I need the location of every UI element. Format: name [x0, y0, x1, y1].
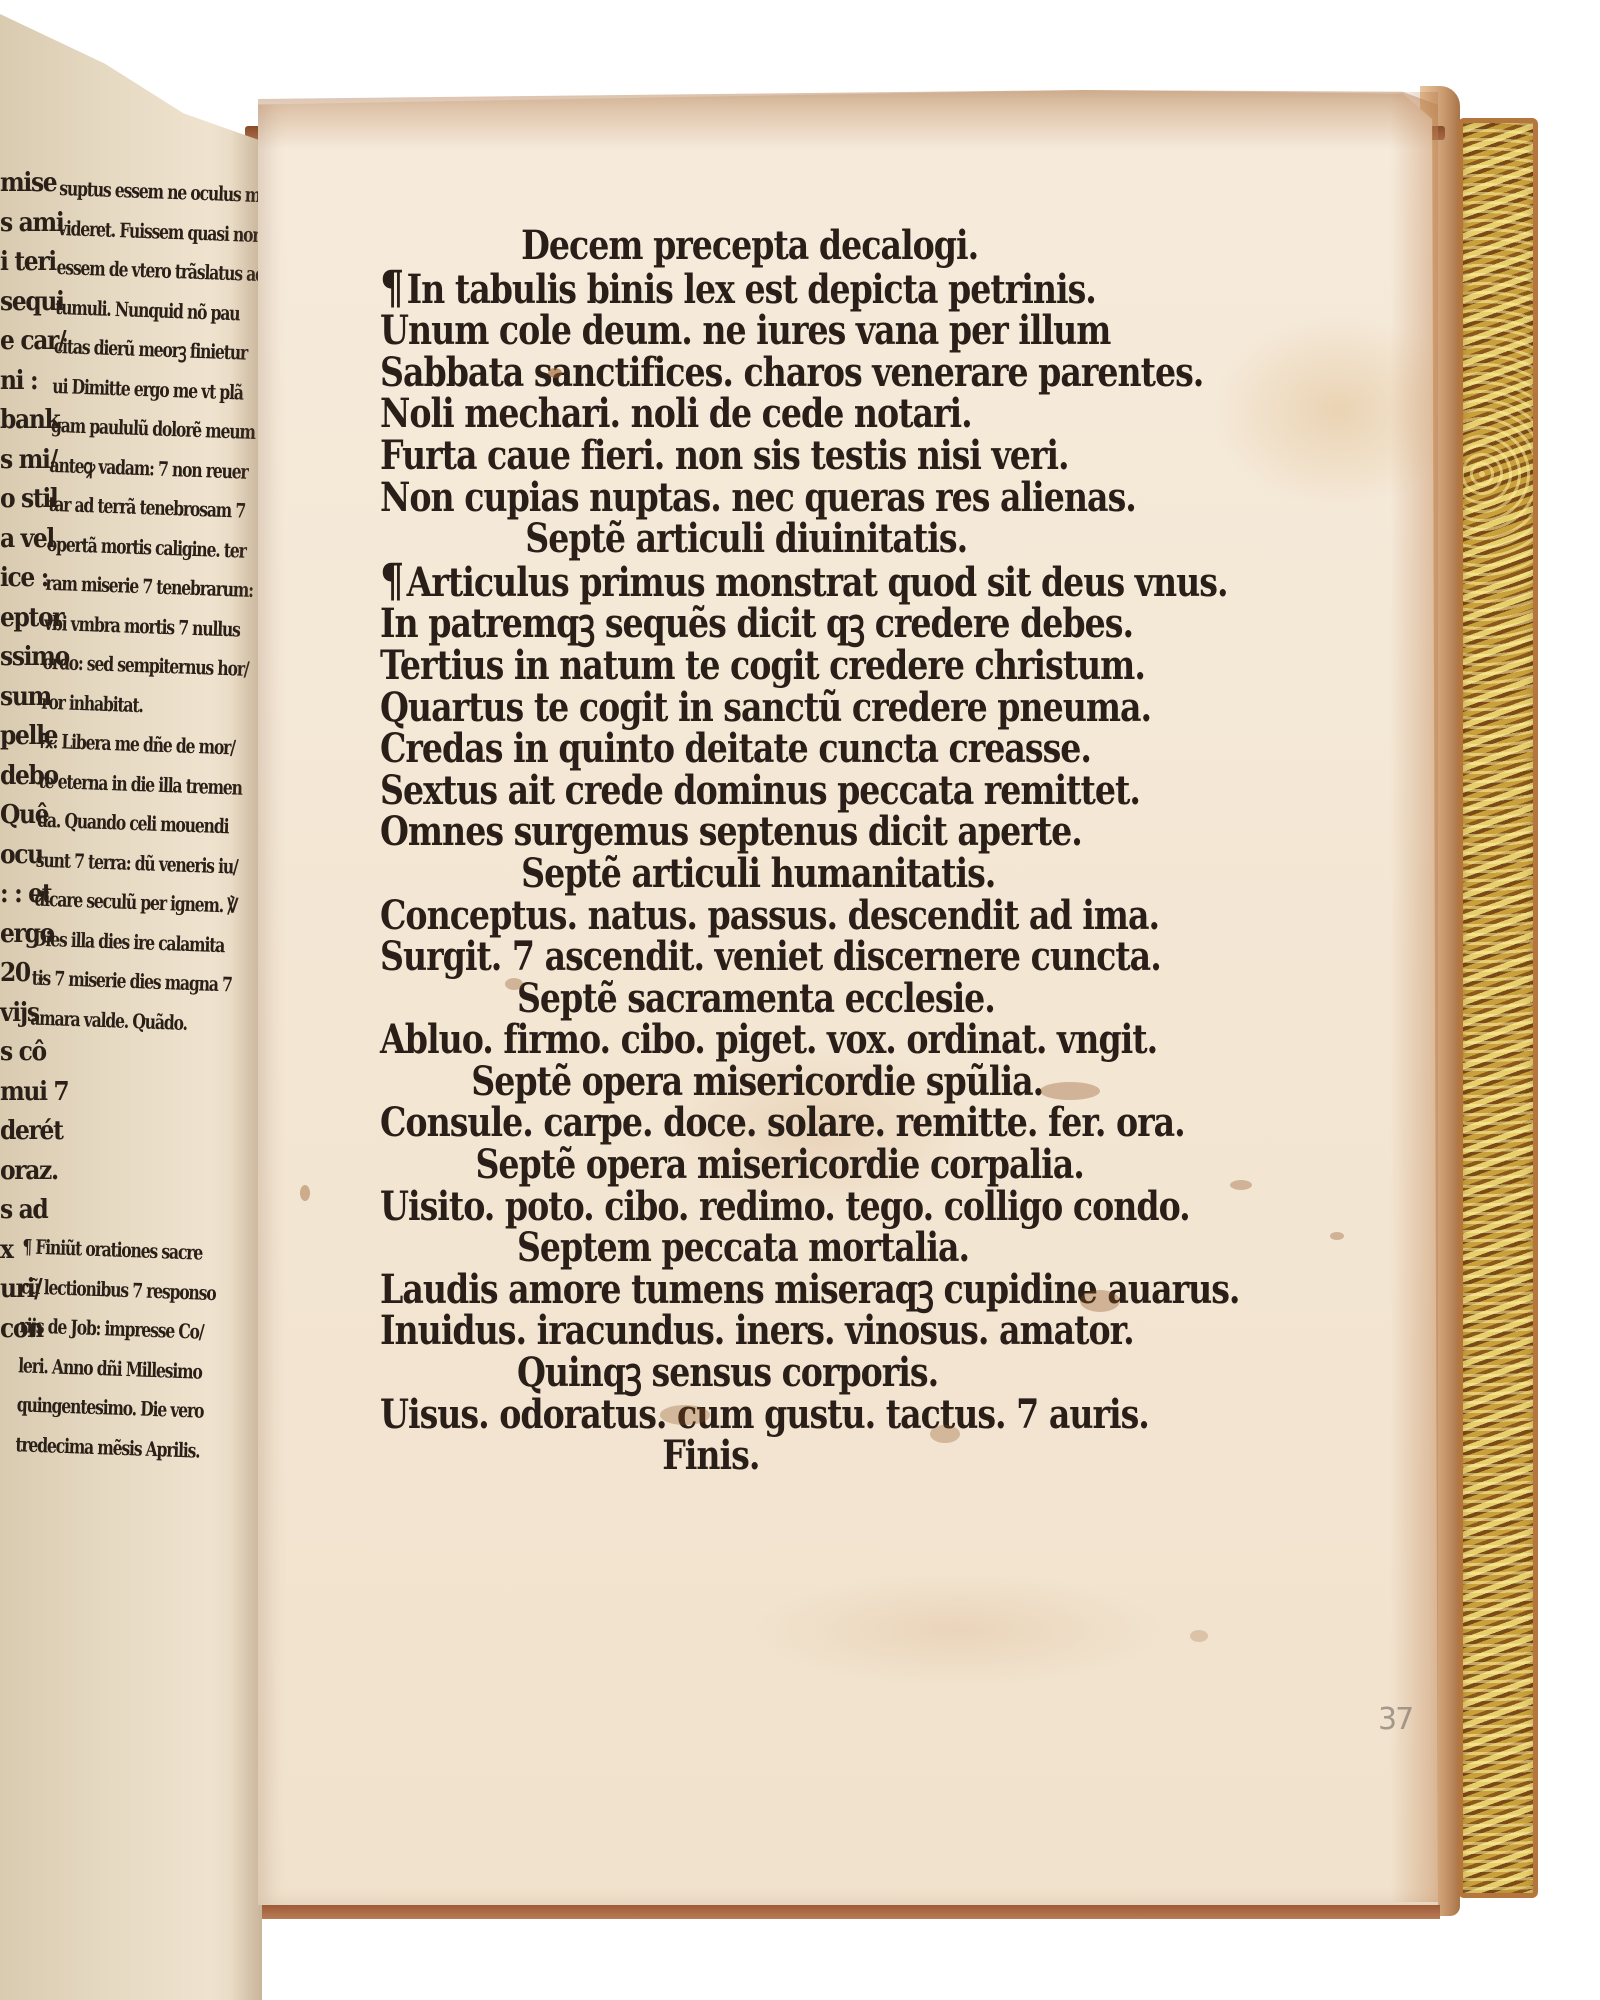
line-text: In patremqꝫ sequẽs dicit qꝫ credere debe…: [380, 600, 1133, 647]
binding-bottom-edge: [240, 1905, 1440, 1919]
text-line: ordo: sed sempiternus hor/: [42, 643, 188, 688]
prayer-text: suptus essem ne oculus mevideret. Fuisse…: [30, 169, 245, 1044]
line-text: Consule. carpe. doce. solare. remitte. f…: [380, 1099, 1185, 1146]
text-line: eptor: [0, 599, 49, 639]
text-line: suptus essem ne oculus me: [59, 169, 205, 214]
line-text: Noli mechari. noli de cede notari.: [380, 390, 972, 437]
section-heading: Septẽ opera misericordie spũlia.: [380, 1061, 1110, 1103]
text-line: tis 7 miserie dies magna 7: [31, 959, 177, 1004]
text-line: essem de vtero trãslatus ad: [56, 248, 202, 293]
text-line: ni :: [0, 362, 49, 402]
foxing-spot: [1040, 1082, 1100, 1100]
text-line: cũ lectionibus 7 responso: [20, 1267, 166, 1312]
text-line: gam paululũ dolorẽ meum: [50, 406, 196, 451]
line-text: Septẽ opera misericordie corpalia.: [475, 1141, 1083, 1188]
verse-line: Furta caue fieri. non sis testis nisi ve…: [380, 435, 1110, 477]
section-heading: Decem precepta decalogi.: [380, 225, 1110, 267]
line-text: Conceptus. natus. passus. descendit ad i…: [380, 892, 1159, 939]
text-line: o stil: [0, 480, 49, 520]
foxing-spot: [300, 1185, 310, 1201]
decalogue-text-block: Decem precepta decalogi.¶In tabulis bini…: [380, 225, 1260, 1477]
text-line: ror inhabitat.: [41, 682, 187, 727]
text-line: ice :: [0, 559, 49, 599]
text-line: tumuli. Nunquid nõ pau: [54, 287, 200, 332]
line-text: Septẽ articuli humanitatis.: [521, 850, 995, 897]
section-heading: Finis.: [380, 1435, 1110, 1477]
text-line: anteꝙ vadam: 7 non reuer: [49, 445, 195, 490]
verse-line: Laudis amore tumens miseraqꝫ cupidine au…: [380, 1269, 1110, 1311]
verse-line: Tertius in natum te cogit credere christ…: [380, 645, 1110, 687]
open-book-photo: mises amii terisequie car/ni :banks mi/o…: [0, 0, 1600, 2000]
section-heading: Septẽ sacramenta ecclesie.: [380, 978, 1110, 1020]
gutter-shadow: [230, 14, 262, 2000]
text-line: ¶ Finiũt orationes sacre: [22, 1227, 168, 1272]
verse-line: Inuidus. iracundus. iners. vinosus. amat…: [380, 1310, 1110, 1352]
verse-line: ¶Articulus primus monstrat quod sit deus…: [380, 560, 1110, 604]
verse-line: Surgit. 7 ascendit. veniet discernere cu…: [380, 936, 1110, 978]
line-text: Septẽ articuli diuinitatis.: [525, 515, 967, 562]
line-text: Quinqꝫ sensus corporis.: [517, 1349, 938, 1396]
text-line: ssimo: [0, 638, 49, 678]
text-line: opertã mortis caligine. ter: [46, 524, 192, 569]
text-line: a vel: [0, 520, 49, 560]
top-margin-toning: [258, 90, 1438, 150]
verse-line: Noli mechari. noli de cede notari.: [380, 393, 1110, 435]
foxing-spot: [1230, 1180, 1252, 1190]
text-line: mise: [0, 164, 49, 204]
line-text: Abluo. firmo. cibo. piget. vox. ordinat.…: [380, 1016, 1157, 1063]
text-line: videret. Fuissem quasi non: [57, 208, 203, 253]
line-text: Furta caue fieri. non sis testis nisi ve…: [380, 432, 1069, 479]
foxing-spot: [1330, 1232, 1344, 1240]
left-page-verso: mises amii terisequie car/ni :banks mi/o…: [0, 14, 262, 2000]
verse-line: ¶In tabulis binis lex est depicta petrin…: [380, 267, 1110, 311]
line-text: Credas in quinto deitate cuncta creasse.: [380, 725, 1091, 772]
verse-line: Quartus te cogit in sanctũ credere pneum…: [380, 687, 1110, 729]
text-line: s ami: [0, 204, 49, 244]
line-text: In tabulis binis lex est depicta petrini…: [407, 266, 1096, 313]
verse-line: Abluo. firmo. cibo. piget. vox. ordinat.…: [380, 1019, 1110, 1061]
line-text: Surgit. 7 ascendit. veniet discernere cu…: [380, 933, 1161, 980]
verse-line: Non cupias nuptas. nec queras res aliena…: [380, 477, 1110, 519]
text-line: Dies illa dies ire calamita: [32, 919, 178, 964]
section-heading: Septẽ articuli humanitatis.: [380, 853, 1110, 895]
line-text: Quartus te cogit in sanctũ credere pneum…: [380, 684, 1151, 731]
text-line: leri. Anno dñi Millesimo: [18, 1346, 164, 1391]
pencil-foliation-number: 37: [1378, 1702, 1412, 1737]
verse-line: Sabbata sanctifices. charos venerare par…: [380, 352, 1110, 394]
gilt-tooled-board-edge: [1458, 118, 1538, 1898]
line-text: Articulus primus monstrat quod sit deus …: [407, 559, 1228, 606]
line-text: Septẽ sacramenta ecclesie.: [517, 975, 995, 1022]
text-line: sunt 7 terra: dũ veneris iu/: [35, 840, 181, 885]
verse-line: Omnes surgemus septenus dicit aperte.: [380, 811, 1110, 853]
text-line: amara valde. Quãdo.: [30, 998, 176, 1043]
text-line: bank: [0, 401, 49, 441]
text-line: te eterna in die illa tremen: [38, 761, 184, 806]
line-text: Uisus. odoratus. cum gustu. tactus. 7 au…: [380, 1391, 1149, 1438]
text-line: ℞. Libera me dñe de mor/: [39, 722, 185, 767]
verse-line: Sextus ait crede dominus peccata remitte…: [380, 770, 1110, 812]
pilcrow-mark-icon: ¶: [380, 260, 403, 314]
text-line: tredecima mẽsis Aprilis.: [15, 1425, 161, 1470]
line-text: Unum cole deum. ne iures vana per illum: [380, 307, 1110, 354]
line-text: Sabbata sanctifices. charos venerare par…: [380, 349, 1203, 396]
line-text: Finis.: [662, 1432, 759, 1479]
text-line: tar ad terrã tenebrosam 7: [48, 485, 194, 530]
line-text: Uisito. poto. cibo. redimo. tego. collig…: [380, 1183, 1190, 1230]
colophon: ¶ Finiũt orationes sacrecũ lectionibus 7…: [15, 1227, 208, 1470]
text-line: e car/: [0, 322, 49, 362]
line-text: Sextus ait crede dominus peccata remitte…: [380, 767, 1140, 814]
line-text: Septem peccata mortalia.: [517, 1224, 969, 1271]
text-line: sequi: [0, 283, 49, 323]
line-text: Septẽ opera misericordie spũlia.: [471, 1058, 1043, 1105]
foxing-spot: [660, 1405, 710, 1425]
text-line: rijs de Job: impresse Co/: [19, 1306, 165, 1351]
pilcrow-mark-icon: ¶: [380, 553, 403, 607]
line-text: Tertius in natum te cogit credere christ…: [380, 642, 1145, 689]
line-text: Inuidus. iracundus. iners. vinosus. amat…: [380, 1307, 1134, 1354]
text-line: da. Quando celi mouendi: [37, 801, 183, 846]
verse-line: Conceptus. natus. passus. descendit ad i…: [380, 895, 1110, 937]
verse-line: Unum cole deum. ne iures vana per illum: [380, 310, 1110, 352]
foxing-spot: [930, 1425, 960, 1443]
verse-line: Credas in quinto deitate cuncta creasse.: [380, 728, 1110, 770]
text-line: citas dierũ meorꝫ finietur: [53, 327, 199, 372]
text-line: vbi vmbra mortis 7 nullus: [43, 603, 189, 648]
section-heading: Septẽ articuli diuinitatis.: [380, 518, 1110, 560]
foxing-spot: [505, 978, 523, 990]
text-line: ram miserie 7 tenebrarum:: [45, 564, 191, 609]
text-line: ui Dimitte ergo me vt plã: [52, 366, 198, 411]
section-heading: Quinqꝫ sensus corporis.: [380, 1352, 1110, 1394]
foxing-spot: [1080, 1290, 1120, 1312]
text-line: s mi/: [0, 441, 49, 481]
foxing-spot: [548, 368, 562, 378]
verse-line: In patremqꝫ sequẽs dicit qꝫ credere debe…: [380, 603, 1110, 645]
line-text: Non cupias nuptas. nec queras res aliena…: [380, 474, 1136, 521]
section-heading: Septẽ opera misericordie corpalia.: [380, 1144, 1110, 1186]
section-heading: Septem peccata mortalia.: [380, 1227, 1110, 1269]
verse-line: Uisus. odoratus. cum gustu. tactus. 7 au…: [380, 1394, 1110, 1436]
verse-line: Uisito. poto. cibo. redimo. tego. collig…: [380, 1186, 1110, 1228]
foxing-spot: [1190, 1630, 1208, 1642]
fore-edge-toning: [1390, 92, 1438, 1902]
line-text: Decem precepta decalogi.: [521, 222, 978, 269]
text-line: quingentesimo. Die vero: [16, 1385, 162, 1430]
text-line: i teri: [0, 243, 49, 283]
text-line: dicare seculũ per ignem. ℣: [34, 880, 180, 925]
verse-line: Consule. carpe. doce. solare. remitte. f…: [380, 1102, 1110, 1144]
line-text: Omnes surgemus septenus dicit aperte.: [380, 808, 1082, 855]
